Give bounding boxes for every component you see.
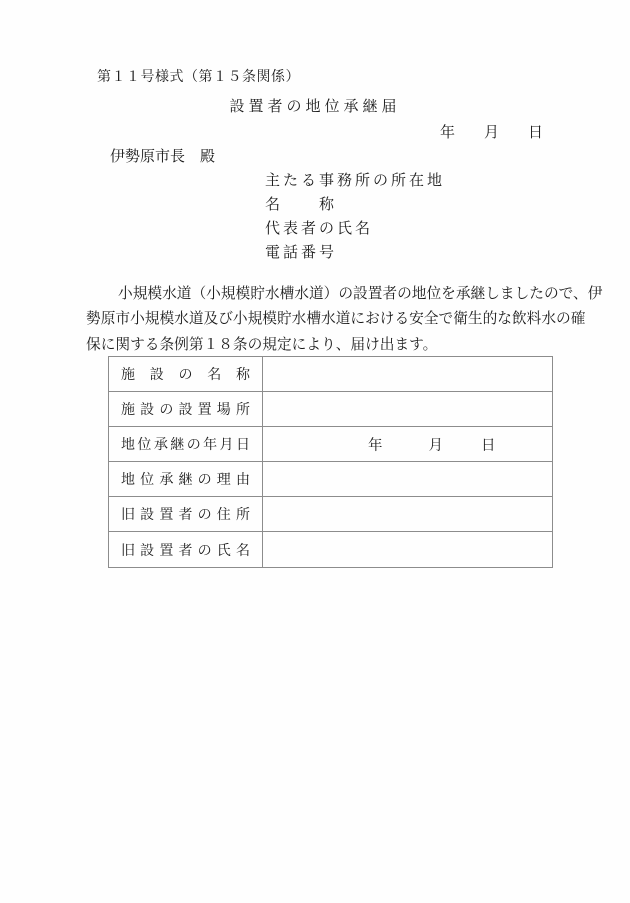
name-label: 名 称 bbox=[265, 193, 445, 217]
former-installer-name-label: 旧設置者の氏名 bbox=[109, 532, 263, 567]
former-installer-name-value bbox=[263, 532, 552, 567]
year-label: 年 bbox=[440, 121, 455, 142]
succession-reason-label: 地位承継の理由 bbox=[109, 462, 263, 497]
former-installer-address-value bbox=[263, 497, 552, 532]
form-table: 施設の名称 施設の設置場所 地位承継の年月日 年 月 日 地位承継の理由 旧設置… bbox=[108, 356, 553, 568]
head-office-address-label: 主たる事務所の所在地 bbox=[265, 169, 445, 193]
paragraph-line: 小規模水道（小規模貯水槽水道）の設置者の地位を承継しましたので、伊 bbox=[86, 282, 602, 307]
addressee: 伊勢原市長 殿 bbox=[110, 145, 215, 166]
applicant-block: 主たる事務所の所在地 名 称 代表者の氏名 電話番号 bbox=[265, 169, 445, 265]
former-installer-address-label: 旧設置者の住所 bbox=[109, 497, 263, 532]
body-paragraph: 小規模水道（小規模貯水槽水道）の設置者の地位を承継しましたので、伊 勢原市小規模… bbox=[86, 282, 602, 358]
facility-name-label: 施設の名称 bbox=[109, 357, 263, 392]
day-label: 日 bbox=[528, 121, 543, 142]
succession-date-label: 地位承継の年月日 bbox=[109, 427, 263, 462]
paragraph-line: 勢原市小規模水道及び小規模貯水槽水道における安全で衛生的な飲料水の確 bbox=[86, 307, 602, 332]
month-label: 月 bbox=[484, 121, 499, 142]
phone-number-label: 電話番号 bbox=[265, 241, 445, 265]
facility-location-label: 施設の設置場所 bbox=[109, 392, 263, 427]
form-number: 第１１号様式（第１５条関係） bbox=[97, 66, 300, 86]
document-title: 設置者の地位承継届 bbox=[0, 95, 630, 116]
facility-name-value bbox=[263, 357, 552, 392]
representative-name-label: 代表者の氏名 bbox=[265, 217, 445, 241]
day-label: 日 bbox=[481, 434, 496, 455]
date-line: 年 月 日 bbox=[440, 121, 543, 142]
document-page: 第１１号様式（第１５条関係） 設置者の地位承継届 年 月 日 伊勢原市長 殿 主… bbox=[0, 0, 630, 903]
paragraph-line: 保に関する条例第１８条の規定により、届け出ます。 bbox=[86, 333, 602, 358]
month-label: 月 bbox=[429, 434, 444, 455]
year-label: 年 bbox=[368, 434, 383, 455]
facility-location-value bbox=[263, 392, 552, 427]
succession-date-value: 年 月 日 bbox=[263, 427, 552, 462]
succession-reason-value bbox=[263, 462, 552, 497]
